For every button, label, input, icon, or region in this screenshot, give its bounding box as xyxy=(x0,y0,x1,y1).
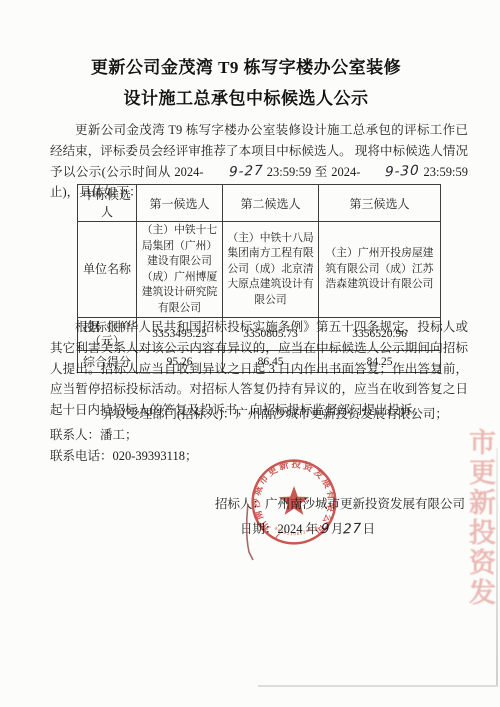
company-first: （主）中铁十七局集团（广州）建设有限公司（成）广州博厦建筑设计研究院有限公司 xyxy=(137,222,223,318)
row-label-company: 单位名称 xyxy=(78,222,137,318)
page-edge-bottom xyxy=(258,685,498,687)
handwritten-date-end: 9-30 xyxy=(360,160,420,184)
company-third: （主）广州开投房屋建筑有限公司（成）江苏浩森建筑设计有限公司 xyxy=(319,222,441,318)
handwritten-date-start: 9-27 xyxy=(203,160,263,184)
header-first-candidate: 第一候选人 xyxy=(137,185,223,222)
day-unit: 日 xyxy=(363,522,376,536)
handwritten-day: 27 xyxy=(343,520,362,537)
table-row-company-name: 单位名称 （主）中铁十七局集团（广州）建设有限公司（成）广州博厦建筑设计研究院有… xyxy=(78,222,441,318)
intro-text-between: 23:59:59 至 2024- xyxy=(263,165,360,179)
table-header-row: 中标候选人 第一候选人 第二候选人 第三候选人 xyxy=(78,185,441,222)
pen-stroke-mark xyxy=(238,498,260,568)
dispute-department-line: 异议受理部门(招标人)：广州南沙城市更新投资发展有限公司； xyxy=(50,404,470,425)
header-third-candidate: 第三候选人 xyxy=(319,185,441,222)
company-seal-stamp: 广州南沙城市更新投资发展有限公司 844811085248 xyxy=(247,455,341,549)
contact-person-line: 联系人：潘工； xyxy=(50,425,470,446)
header-second-candidate: 第二候选人 xyxy=(223,185,319,222)
company-second: （主）中铁十八局集团南方工程有限公司（成）北京清大原点建筑设计有限公司 xyxy=(223,222,319,318)
title-line-1: 更新公司金茂湾 T9 栋写字楼办公室装修 xyxy=(0,52,492,83)
header-candidate: 中标候选人 xyxy=(78,185,137,222)
star-icon xyxy=(279,486,309,515)
document-page: 更新公司金茂湾 T9 栋写字楼办公室装修 设计施工总承包中标候选人公示 更新公司… xyxy=(0,0,500,707)
document-title: 更新公司金茂湾 T9 栋写字楼办公室装修 设计施工总承包中标候选人公示 xyxy=(0,52,492,114)
title-line-2: 设计施工总承包中标候选人公示 xyxy=(0,83,492,114)
